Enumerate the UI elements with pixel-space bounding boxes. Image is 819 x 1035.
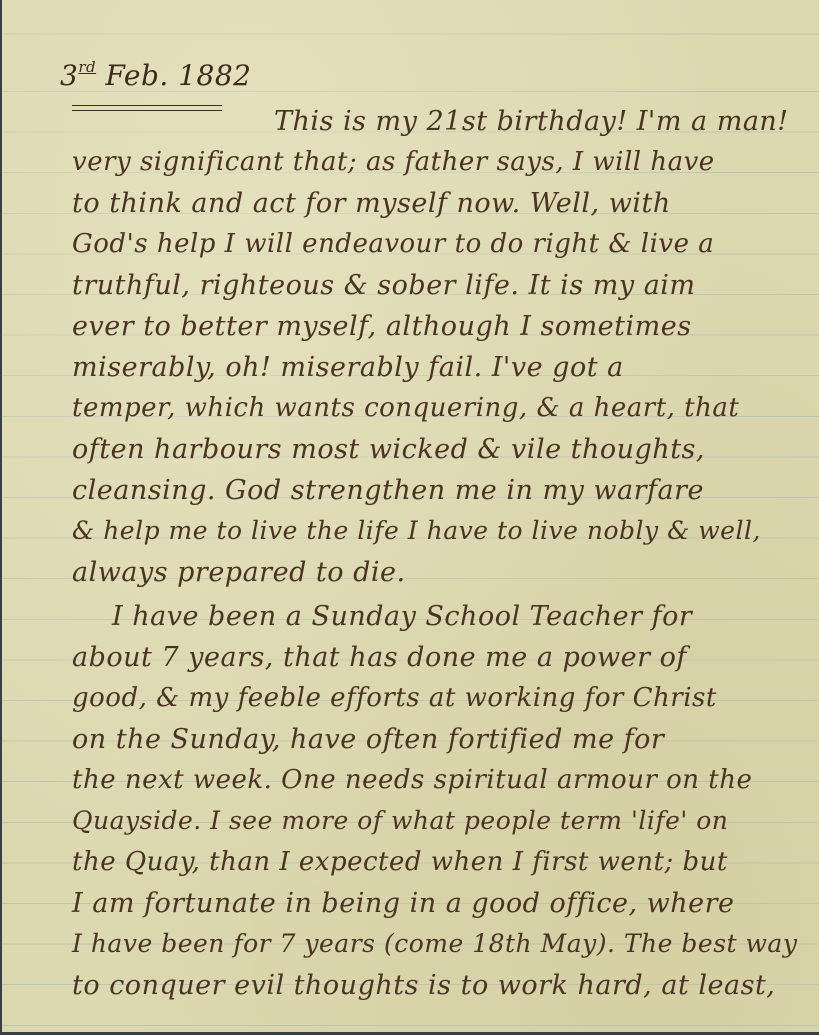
text-line-22: to conquer evil thoughts is to work hard…	[72, 970, 775, 1001]
text-line-4: God's help I will endeavour to do right …	[72, 229, 714, 259]
text-line-12: always prepared to die.	[72, 557, 406, 588]
entry-date: 3rd Feb. 1882	[60, 58, 251, 92]
date-suffix: rd	[78, 58, 96, 76]
text-line-11: & help me to live the life I have to liv…	[72, 516, 761, 545]
text-line-15: good, & my feeble efforts at working for…	[72, 683, 717, 713]
text-line-1: This is my 21st birthday! I'm a man!	[274, 106, 789, 137]
date-day: 3	[60, 59, 78, 92]
text-line-2: very significant that; as father says, I…	[72, 147, 715, 177]
text-line-3: to think and act for myself now. Well, w…	[72, 188, 671, 219]
text-line-19: the Quay, than I expected when I first w…	[72, 847, 728, 877]
text-line-10: cleansing. God strengthen me in my warfa…	[72, 475, 704, 506]
text-line-18: Quayside. I see more of what people term…	[72, 806, 728, 835]
text-line-13: I have been a Sunday School Teacher for	[112, 601, 692, 632]
date-double-underline	[72, 105, 222, 111]
text-line-21: I have been for 7 years (come 18th May).…	[72, 929, 797, 958]
text-line-9: often harbours most wicked & vile though…	[72, 434, 705, 465]
text-line-5: truthful, righteous & sober life. It is …	[72, 270, 696, 301]
text-line-17: the next week. One needs spiritual armou…	[72, 765, 752, 795]
text-line-20: I am fortunate in being in a good office…	[72, 888, 735, 919]
text-line-14: about 7 years, that has done me a power …	[72, 642, 687, 673]
text-line-6: ever to better myself, although I someti…	[72, 311, 692, 342]
date-rest: Feb. 1882	[106, 59, 252, 92]
text-line-8: temper, which wants conquering, & a hear…	[72, 393, 739, 423]
diary-page: 3rd Feb. 1882 This is my 21st birthday! …	[2, 0, 819, 1032]
text-line-7: miserably, oh! miserably fail. I've got …	[72, 352, 624, 383]
text-line-16: on the Sunday, have often fortified me f…	[72, 724, 664, 755]
